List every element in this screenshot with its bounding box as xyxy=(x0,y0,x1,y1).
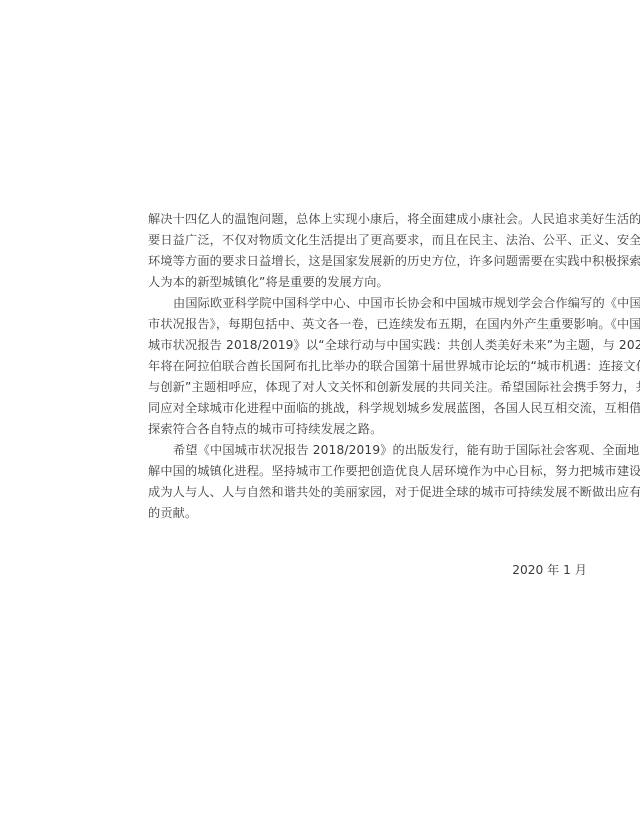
text-line: 的贡献。 xyxy=(148,503,588,524)
text-line: 解决十四亿人的温饱问题，总体上实现小康后，将全面建成小康社会。人民追求美好生活的… xyxy=(148,209,588,230)
text-line: 探索符合各自特点的城市可持续发展之路。 xyxy=(148,419,588,440)
text-line: 同应对全球城市化进程中面临的挑战，科学规划城乡发展蓝图，各国人民互相交流，互相借… xyxy=(148,398,588,419)
text-line: 环境等方面的要求日益增长，这是国家发展新的历史方位，许多问题需要在实践中积极探索… xyxy=(148,251,588,272)
text-line: 人为本的新型城镇化”将是重要的发展方向。 xyxy=(148,272,588,293)
text-line: 城市状况报告 2018/2019》以“全球行动与中国实践：共创人类美好未来”为主… xyxy=(148,335,588,356)
paragraph-2: 由国际欧亚科学院中国科学中心、中国市长协会和中国城市规划学会合作编写的《中国城 … xyxy=(148,293,588,440)
paragraph-3: 希望《中国城市状况报告 2018/2019》的出版发行，能有助于国际社会客观、全… xyxy=(148,440,588,524)
text-line: 与创新”主题相呼应，体现了对人文关怀和创新发展的共同关注。希望国际社会携手努力，… xyxy=(148,377,588,398)
text-line: 市状况报告》，每期包括中、英文各一卷，已连续发布五期，在国内外产生重要影响。《中… xyxy=(148,314,588,335)
text-line: 由国际欧亚科学院中国科学中心、中国市长协会和中国城市规划学会合作编写的《中国城 xyxy=(148,293,588,314)
paragraph-1: 解决十四亿人的温饱问题，总体上实现小康后，将全面建成小康社会。人民追求美好生活的… xyxy=(148,209,588,293)
text-line: 要日益广泛，不仅对物质文化生活提出了更高要求，而且在民主、法治、公平、正义、安全… xyxy=(148,230,588,251)
text-line: 成为人与人、人与自然和谐共处的美丽家园，对于促进全球的城市可持续发展不断做出应有 xyxy=(148,482,588,503)
document-body: 解决十四亿人的温饱问题，总体上实现小康后，将全面建成小康社会。人民追求美好生活的… xyxy=(148,209,588,524)
text-line: 年将在阿拉伯联合酋长国阿布扎比举办的联合国第十届世界城市论坛的“城市机遇：连接文… xyxy=(148,356,588,377)
document-date: 2020 年 1 月 xyxy=(512,560,587,580)
text-line: 解中国的城镇化进程。坚持城市工作要把创造优良人居环境作为中心目标，努力把城市建设 xyxy=(148,461,588,482)
text-line: 希望《中国城市状况报告 2018/2019》的出版发行，能有助于国际社会客观、全… xyxy=(148,440,588,461)
